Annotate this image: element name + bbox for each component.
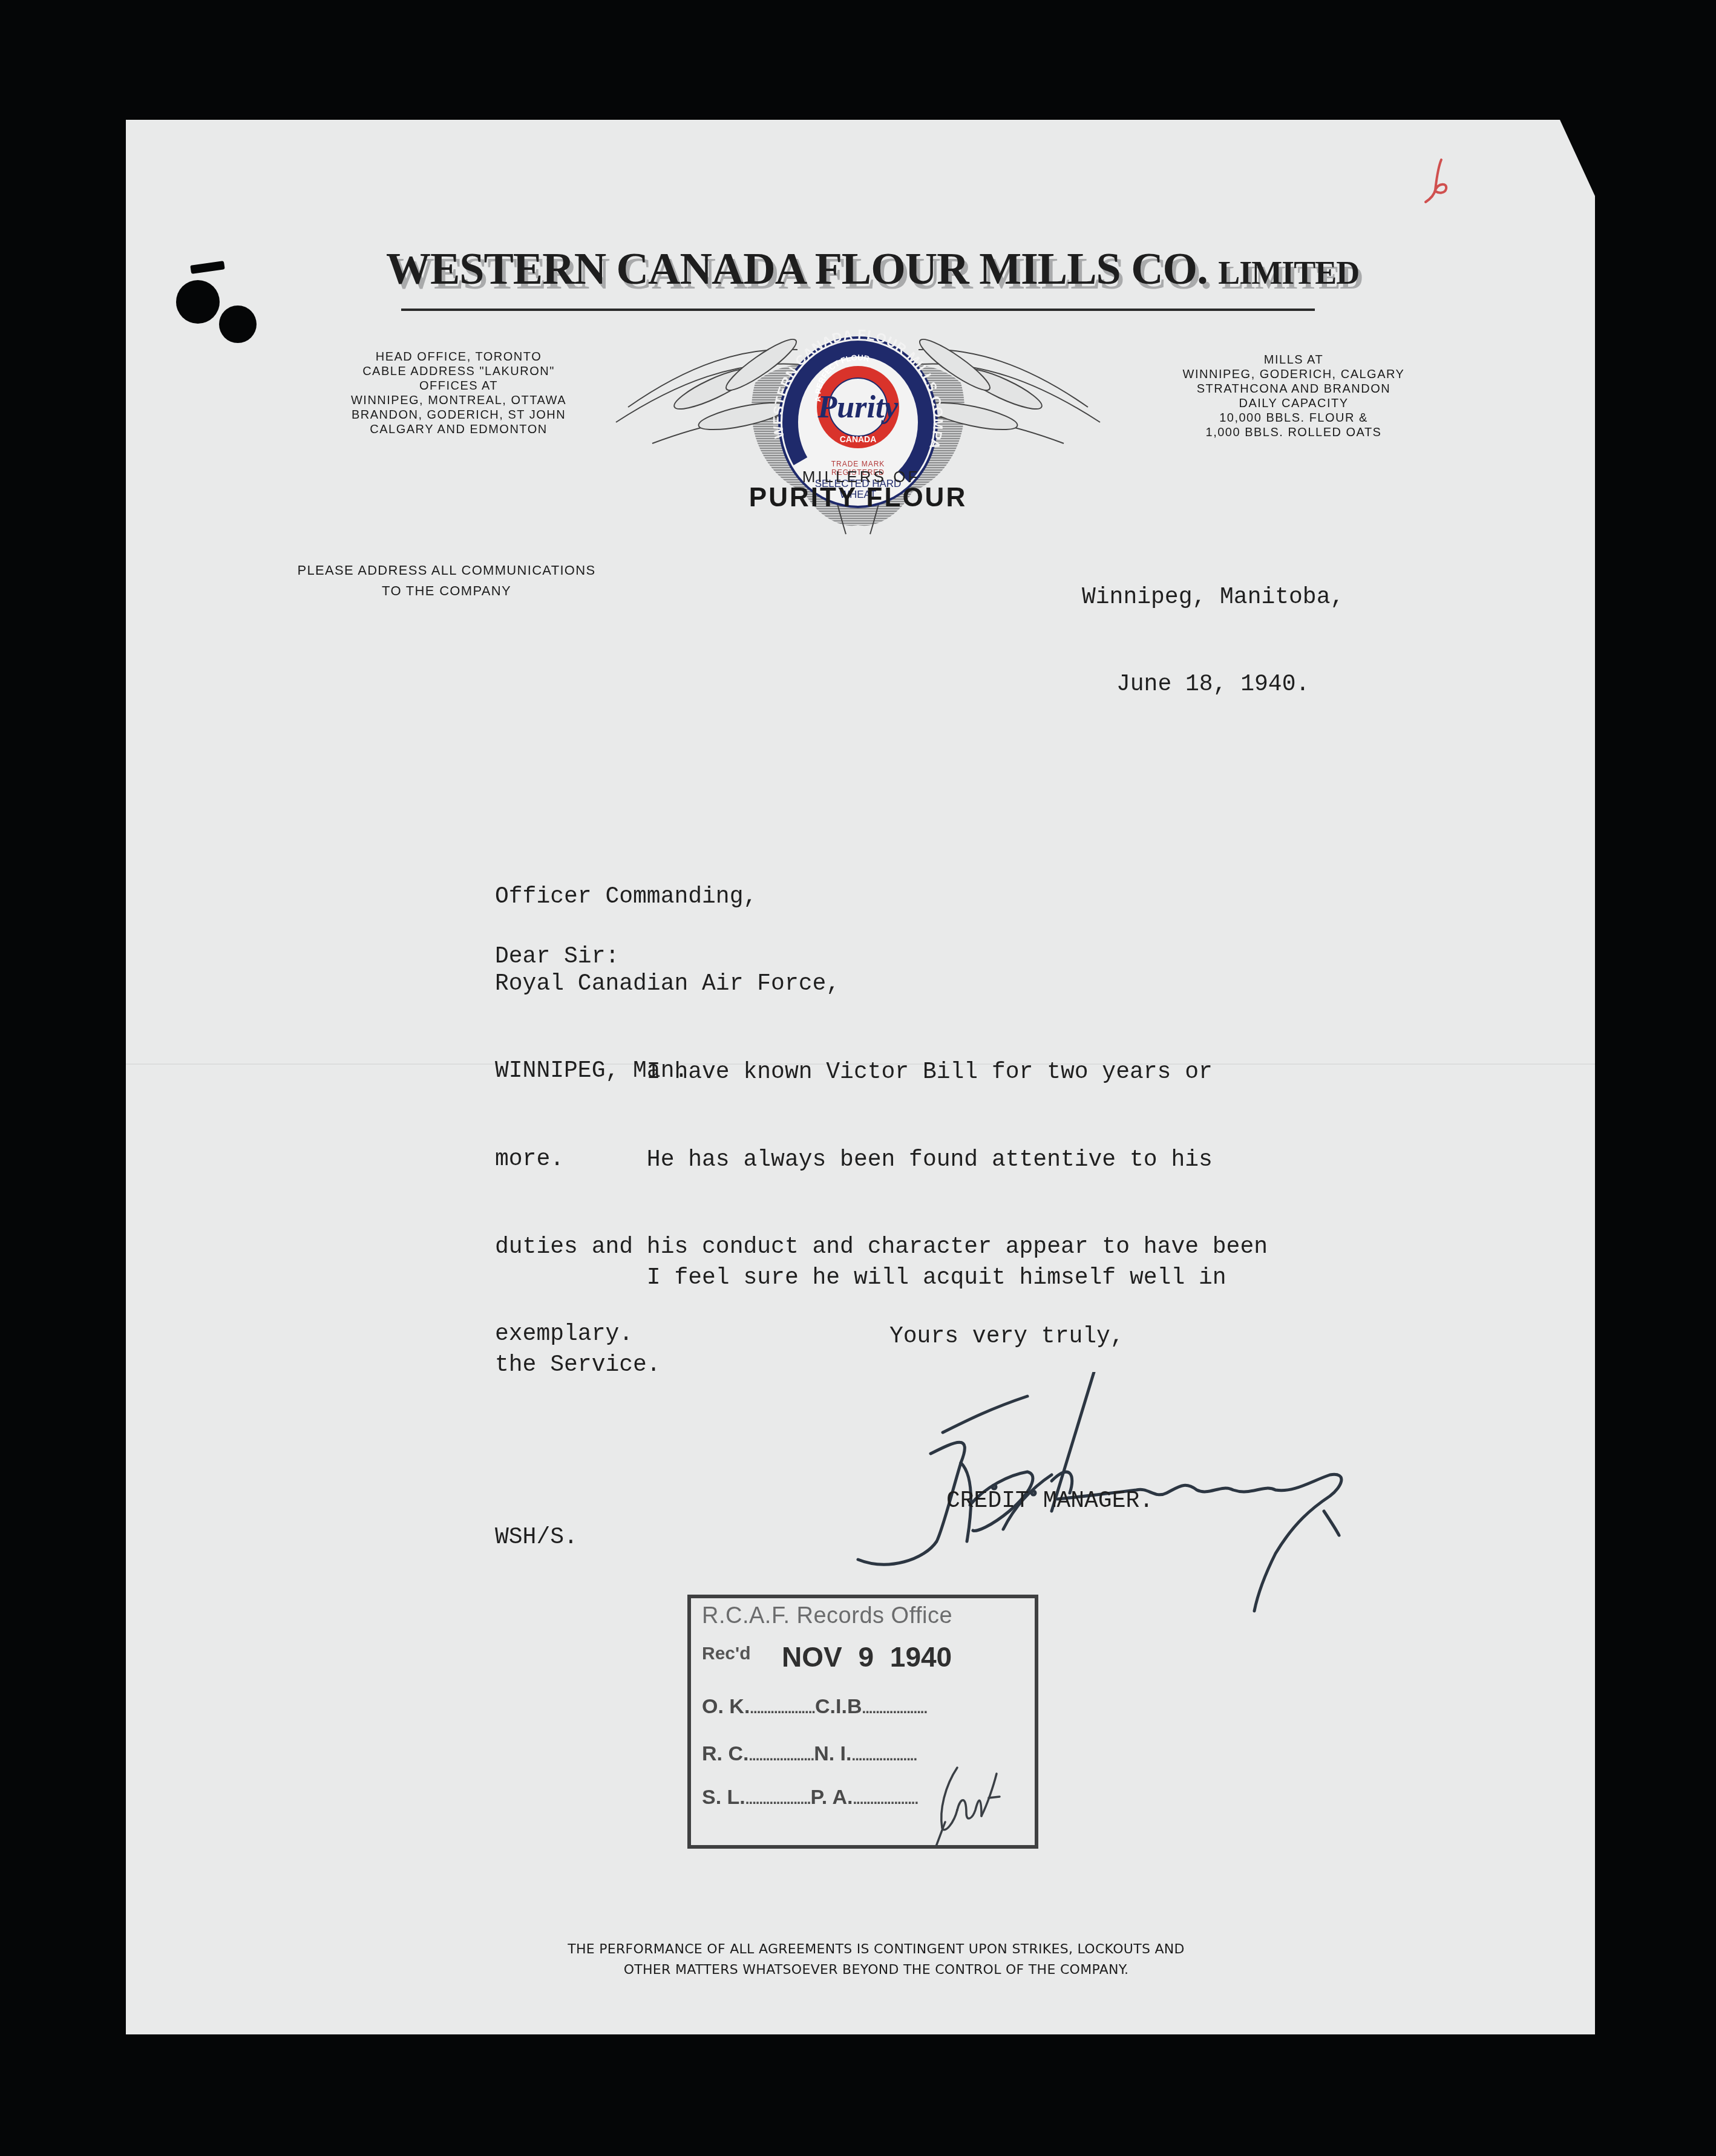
purity-flour-emblem-icon: WESTERN CANADA FLOUR MILLS COMPANY A PER… [604,292,1112,570]
mills-block: MILLS AT WINNIPEG, GODERICH, CALGARY STR… [1136,353,1451,440]
offices-line: BRANDON, GODERICH, ST JOHN [298,408,619,422]
head-office-block: HEAD OFFICE, TORONTO CABLE ADDRESS "LAKU… [298,350,619,437]
stamp-office-title: R.C.A.F. Records Office [702,1603,952,1629]
stamp-dots: ................... [748,1748,814,1764]
stamp-dots: ................... [745,1791,811,1808]
recipient-line: Officer Commanding, [495,883,840,912]
capacity-label: DAILY CAPACITY [1136,396,1451,411]
signatory-title: CREDIT MANAGER. [946,1487,1153,1516]
address-note-line: TO THE COMPANY [265,581,628,601]
offices-at-line: OFFICES AT [298,379,619,393]
address-note: PLEASE ADDRESS ALL COMMUNICATIONS TO THE… [265,560,628,601]
svg-text:Purity: Purity [817,390,899,425]
svg-text:TRADE MARK: TRADE MARK [831,460,885,468]
stamp-dots: ................... [853,1791,918,1808]
body-line: I feel sure he will acquit himself well … [495,1264,1226,1293]
punch-hole-icon [176,280,220,324]
stamp-field-label: O. K. [702,1695,750,1718]
stamp-row: R. C....................N. I............… [702,1742,917,1766]
letter-date: June 18, 1940. [1082,670,1344,699]
stamp-field-label: N. I. [814,1742,851,1765]
cable-address-line: CABLE ADDRESS "LAKURON" [298,364,619,379]
footer-line: THE PERFORMANCE OF ALL AGREEMENTS IS CON… [483,1939,1269,1960]
recipient-line: Royal Canadian Air Force, [495,970,840,999]
stamp-field-label: R. C. [702,1742,748,1765]
capacity-flour: 10,000 BBLS. FLOUR & [1136,411,1451,425]
stamp-dots: ................... [862,1700,928,1717]
stamp-received-date: NOV 9 1940 [782,1641,952,1673]
stamp-field-label: P. A. [811,1786,853,1809]
company-name-main: WESTERN CANADA FLOUR MILLS CO. [386,244,1208,294]
closing: Yours very truly, [889,1322,1124,1351]
typist-initials: WSH/S. [495,1523,578,1552]
pa-handwritten-initials-icon [933,1762,1012,1846]
salutation: Dear Sir: [495,942,619,972]
stamp-row: S. L....................P. A............… [702,1786,918,1809]
company-name-suffix: LIMITED [1218,255,1359,291]
punch-slot-icon [190,261,224,274]
letter-place: Winnipeg, Manitoba, [1082,583,1344,612]
address-note-line: PLEASE ADDRESS ALL COMMUNICATIONS [265,560,628,581]
stamp-field-label: C.I.B [815,1695,862,1718]
stamp-dots: ................... [852,1748,917,1764]
head-office-line: HEAD OFFICE, TORONTO [298,350,619,364]
stamp-row: O. K....................C.I.B...........… [702,1695,927,1719]
terms-footer: THE PERFORMANCE OF ALL AGREEMENTS IS CON… [483,1939,1269,1981]
mills-line: WINNIPEG, GODERICH, CALGARY [1136,367,1451,382]
mills-line: STRATHCONA AND BRANDON [1136,382,1451,396]
purity-flour-brand: PURITY FLOUR [707,483,1009,513]
offices-line: WINNIPEG, MONTREAL, OTTAWA [298,393,619,408]
svg-text:CANADA: CANADA [840,434,877,444]
offices-line: CALGARY AND EDMONTON [298,422,619,437]
punch-hole-icon [219,305,257,343]
stamp-received-label: Rec'd [702,1644,751,1664]
page-number-mark-icon [1421,156,1457,204]
body-line: He has always been found attentive to hi… [495,1146,1268,1175]
letter-page: WESTERN CANADA FLOUR MILLS CO. LIMITED H… [126,120,1595,2034]
footer-line: OTHER MATTERS WHATSOEVER BEYOND THE CONT… [483,1960,1269,1981]
stamp-field-label: S. L. [702,1786,745,1809]
body-line: I have known Victor Bill for two years o… [495,1058,1213,1087]
capacity-oats: 1,000 BBLS. ROLLED OATS [1136,425,1451,440]
company-name: WESTERN CANADA FLOUR MILLS CO. LIMITED [386,244,1475,295]
records-office-stamp: R.C.A.F. Records Office Rec'd NOV 9 1940… [687,1595,1038,1849]
mills-at-line: MILLS AT [1136,353,1451,367]
place-date: Winnipeg, Manitoba, June 18, 1940. [1082,525,1344,757]
stamp-dots: ................... [750,1700,815,1717]
